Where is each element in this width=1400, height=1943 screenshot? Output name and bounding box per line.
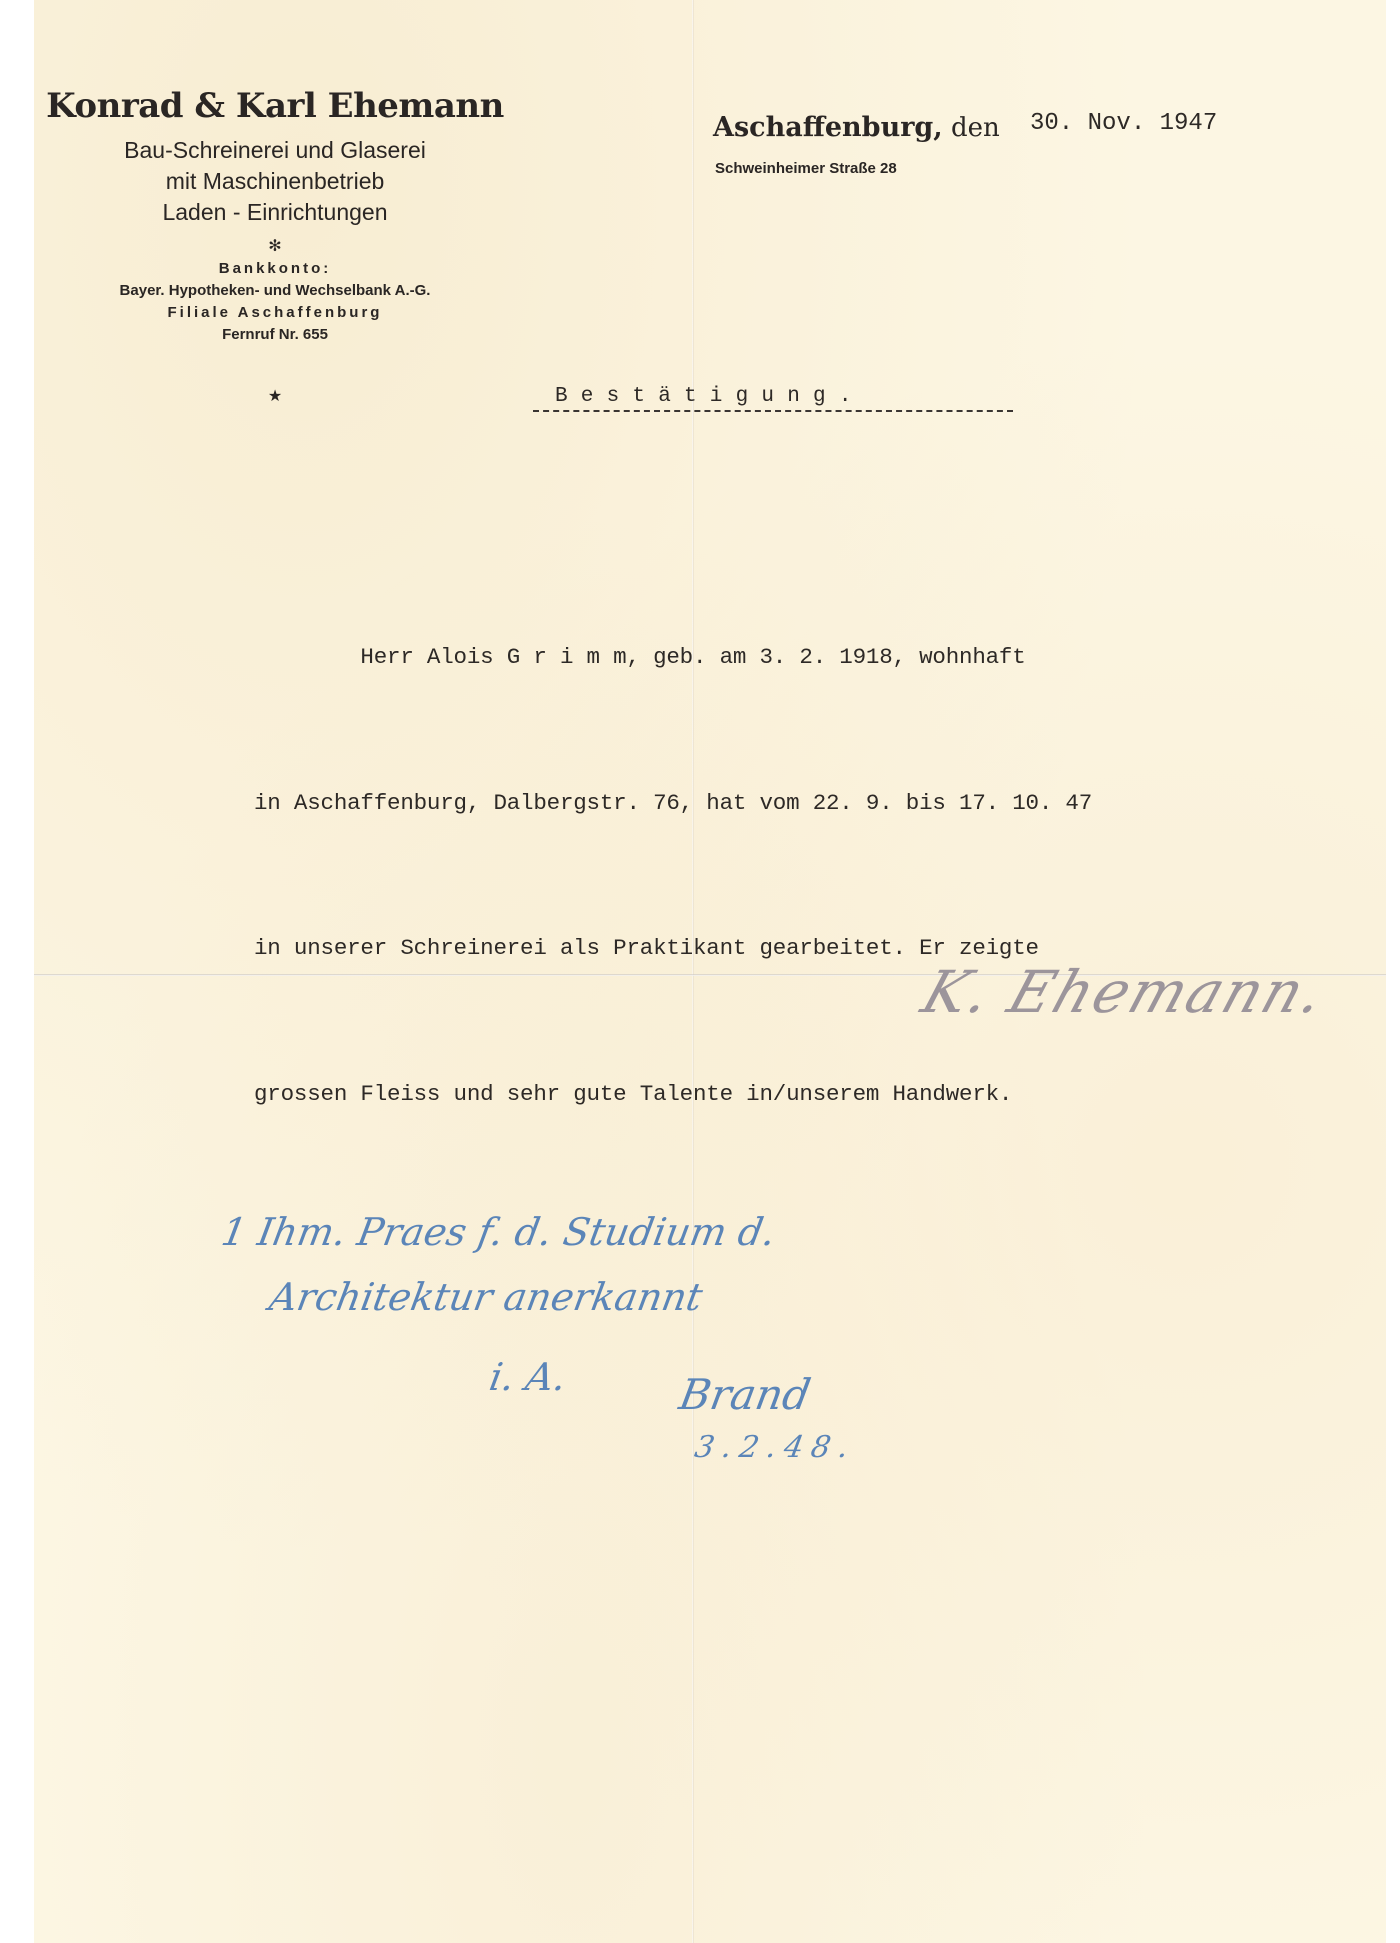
- company-name: Konrad & Karl Ehemann: [30, 86, 520, 126]
- letter-date: 30. Nov. 1947: [1030, 110, 1217, 137]
- letter-body: Herr Alois G r i m m, geb. am 3. 2. 1918…: [254, 536, 1364, 1167]
- place-line: Aschaffenburg, den: [713, 112, 1000, 143]
- handwritten-date: 3.2.48.: [692, 1430, 859, 1465]
- star-ornament-icon: ★: [30, 386, 520, 406]
- body-line: Herr Alois G r i m m, geb. am 3. 2. 1918…: [254, 633, 1364, 682]
- asterisk-ornament-icon: ✻: [30, 236, 520, 258]
- company-line: Laden - Einrichtungen: [30, 197, 520, 228]
- phone-number: Fernruf Nr. 655: [30, 324, 520, 346]
- bank-name: Bayer. Hypotheken- und Wechselbank A.-G.: [30, 280, 520, 302]
- document-title: Bestätigung.: [533, 385, 1013, 412]
- handwritten-note-line: Architektur anerkannt: [266, 1275, 706, 1319]
- bank-details: ✻ Bankkonto: Bayer. Hypotheken- und Wech…: [30, 236, 520, 346]
- body-line: in Aschaffenburg, Dalbergstr. 76, hat vo…: [254, 779, 1364, 828]
- body-line: grossen Fleiss und sehr gute Talente in/…: [254, 1070, 1364, 1119]
- company-description: Bau-Schreinerei und Glaserei mit Maschin…: [30, 135, 520, 228]
- bank-branch: Filiale Aschaffenburg: [30, 302, 520, 324]
- den-label: den: [943, 113, 1000, 143]
- street-address: Schweinheimer Straße 28: [715, 160, 897, 177]
- handwritten-note-ia: i. A.: [486, 1355, 570, 1399]
- signature: K. Ehemann.: [914, 958, 1335, 1026]
- company-line: mit Maschinenbetrieb: [30, 166, 520, 197]
- handwritten-note-line: 1 Ihm. Praes f. d. Studium d.: [218, 1210, 779, 1254]
- bank-label: Bankkonto:: [30, 258, 520, 280]
- handwritten-signer: Brand: [676, 1370, 815, 1419]
- city: Aschaffenburg,: [713, 112, 943, 143]
- company-line: Bau-Schreinerei und Glaserei: [30, 135, 520, 166]
